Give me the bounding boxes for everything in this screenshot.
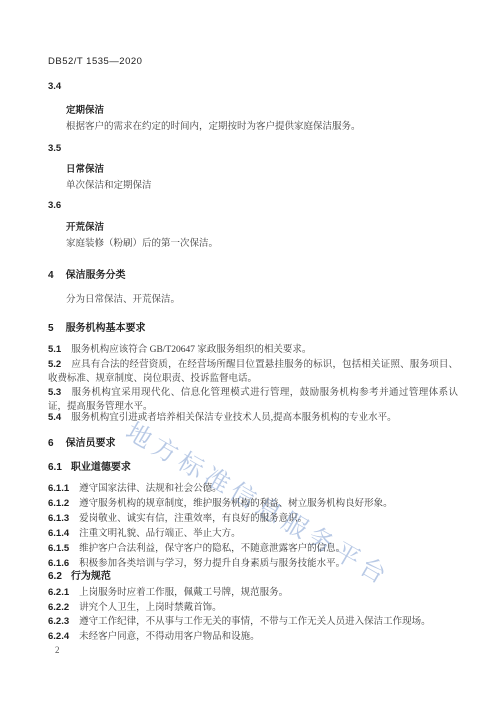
clause-item-number: 6.1.1 (48, 483, 69, 494)
clause-item: 5.3服务机构宜采用现代化、信息化管理模式进行管理，鼓励服务机构参考并通过管理体… (48, 386, 458, 414)
term-number: 3.4 (48, 81, 61, 92)
clause-item: 6.1.3爱岗敬业、诚实有信，注重效率，有良好的服务意识。 (48, 512, 460, 527)
clause-item-number: 6.1.5 (48, 543, 69, 554)
clause-item: 6.2.4未经客户同意，不得动用客户物品和设施。 (48, 630, 460, 645)
clause-item-number: 6.2.1 (48, 587, 69, 598)
subclause-title: 行为规范 (71, 571, 111, 582)
clause-item-number: 6.2.4 (48, 631, 69, 642)
clause-item-text: 遵守服务机构的规章制度，维护服务机构的利益、树立服务机构良好形象。 (79, 499, 393, 509)
clause-item-text: 爱岗敬业、诚实有信，注重效率，有良好的服务意识。 (79, 514, 307, 524)
clause-item: 5.4服务机构宜引进或者培养相关保洁专业技术人员,提高本服务机构的专业水平。 (48, 411, 458, 425)
standard-code-header: DB52/T 1535—2020 (48, 56, 142, 67)
clause-item-number: 6.2.2 (48, 602, 69, 613)
document-page: DB52/T 1535—2020 地方标准信息服务平台 3.4 定期保洁 根据客… (0, 0, 500, 707)
clause-number: 5 (48, 323, 54, 334)
clause-item-number: 5.3 (48, 387, 61, 398)
clause-number: 6 (48, 438, 54, 449)
clause-item-text: 维护客户合法利益，保守客户的隐私，不随意泄露客户的信息。 (79, 544, 345, 554)
clause-item-number: 5.4 (48, 412, 61, 423)
clause-item: 5.1服务机构应该符合 GB/T20647 家政服务组织的相关要求。 (48, 343, 458, 357)
clause-item: 6.2.2讲究个人卫生，上岗时禁戴首饰。 (48, 601, 460, 616)
clause-item: 6.1.4注重文明礼貌、品行端正、举止大方。 (48, 527, 460, 542)
clause-heading: 4保洁服务分类 (48, 266, 126, 281)
term-definition: 单次保洁和定期保洁 (66, 180, 455, 193)
clause-item-number: 6.2.3 (48, 616, 69, 627)
clause-item-number: 6.1.3 (48, 513, 69, 524)
term-name: 日常保洁 (66, 161, 104, 175)
subclause-number: 6.1 (48, 462, 62, 473)
subclause-heading: 6.1职业道德要求 (48, 458, 131, 473)
clause-item-number: 6.1.4 (48, 528, 69, 539)
clause-item-text: 遵守工作纪律，不从事与工作无关的事情，不带与工作无关人员进入保洁工作现场。 (79, 617, 431, 627)
clause-item: 6.1.5维护客户合法利益，保守客户的隐私，不随意泄露客户的信息。 (48, 542, 460, 557)
clause-item-list: 6.1.1遵守国家法律、法规和社会公德。 6.1.2遵守服务机构的规章制度，维护… (48, 482, 460, 571)
clause-item: 6.2.1上岗服务时应着工作服，佩戴工号牌，规范服务。 (48, 586, 460, 601)
clause-title: 服务机构基本要求 (66, 323, 146, 334)
clause-heading: 6保洁员要求 (48, 434, 116, 449)
clause-item-text: 服务机构宜引进或者培养相关保洁专业技术人员,提高本服务机构的专业水平。 (71, 413, 396, 423)
clause-item-number: 5.1 (48, 344, 61, 355)
clause-body: 分为日常保洁、开荒保洁。 (66, 291, 455, 305)
clause-item: 6.1.2遵守服务机构的规章制度，维护服务机构的利益、树立服务机构良好形象。 (48, 497, 460, 512)
clause-item: 6.1.1遵守国家法律、法规和社会公德。 (48, 482, 460, 497)
clause-item-number: 6.1.2 (48, 498, 69, 509)
term-name: 定期保洁 (66, 102, 104, 116)
term-number: 3.6 (48, 200, 61, 211)
subclause-number: 6.2 (48, 571, 62, 582)
subclause-heading: 6.2行为规范 (48, 567, 111, 582)
clause-item-text: 上岗服务时应着工作服，佩戴工号牌，规范服务。 (79, 588, 288, 598)
term-name: 开荒保洁 (66, 219, 104, 233)
clause-item-text: 服务机构应该符合 GB/T20647 家政服务组织的相关要求。 (71, 345, 311, 355)
clause-item-text: 遵守国家法律、法规和社会公德。 (79, 484, 222, 494)
clause-item-text: 服务机构宜采用现代化、信息化管理模式进行管理，鼓励服务机构参考并通过管理体系认证… (48, 388, 458, 412)
clause-item-text: 积极参加各类培训与学习，努力提升自身素质与服务技能水平。 (79, 559, 345, 569)
clause-item-list: 6.2.1上岗服务时应着工作服，佩戴工号牌，规范服务。 6.2.2讲究个人卫生，… (48, 586, 460, 645)
clause-item: 5.2应具有合法的经营资质，在经营场所醒目位置悬挂服务的标识，包括相关证照、服务… (48, 358, 458, 386)
clause-item-text: 注重文明礼貌、品行端正、举止大方。 (79, 529, 241, 539)
subclause-title: 职业道德要求 (71, 462, 131, 473)
clause-item-text: 讲究个人卫生，上岗时禁戴首饰。 (79, 603, 222, 613)
page-number: 2 (55, 645, 60, 655)
clause-item-text: 应具有合法的经营资质，在经营场所醒目位置悬挂服务的标识，包括相关证照、服务项目、… (48, 360, 458, 384)
clause-item-number: 5.2 (48, 359, 61, 370)
clause-item: 6.2.3遵守工作纪律，不从事与工作无关的事情，不带与工作无关人员进入保洁工作现… (48, 615, 460, 630)
clause-title: 保洁服务分类 (66, 270, 126, 281)
clause-heading: 5服务机构基本要求 (48, 319, 146, 334)
clause-title: 保洁员要求 (66, 438, 116, 449)
clause-item-text: 未经客户同意，不得动用客户物品和设施。 (79, 632, 260, 642)
term-definition: 根据客户的需求在约定的时间内，定期按时为客户提供家庭保洁服务。 (66, 121, 455, 134)
term-number: 3.5 (48, 143, 61, 154)
term-definition: 家庭装修（粉刷）后的第一次保洁。 (66, 238, 455, 251)
clause-number: 4 (48, 270, 54, 281)
